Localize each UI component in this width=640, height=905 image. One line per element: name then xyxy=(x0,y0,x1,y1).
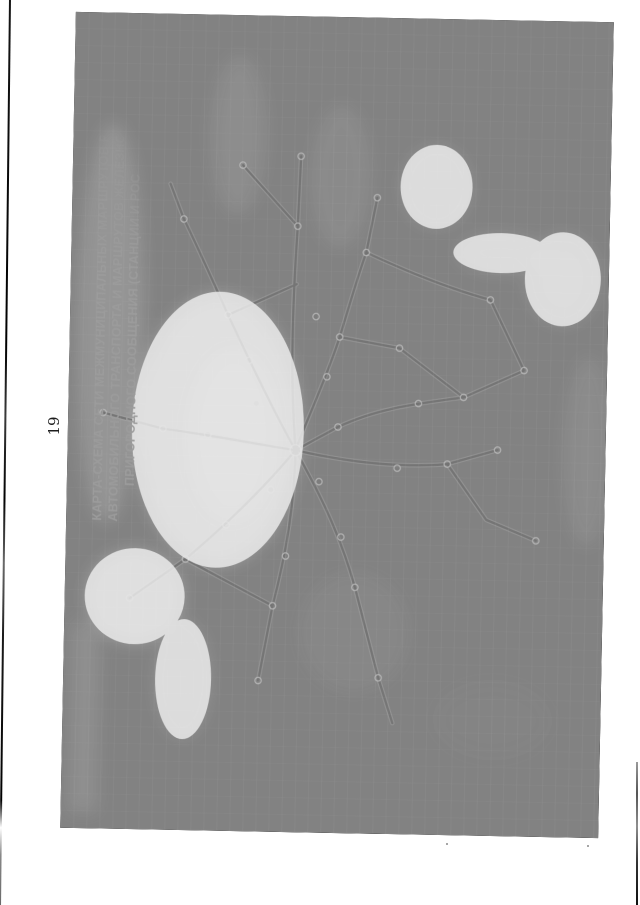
page-border-left xyxy=(0,0,11,905)
map-title: КАРТА-СХЕМА СЕТИ МЕЖМУНИЦИПАЛЬНЫХ МАРШРУ… xyxy=(90,135,143,522)
scan-noise-layer xyxy=(60,12,614,838)
scanned-page: 19 xyxy=(0,0,640,905)
paper-speck xyxy=(446,843,448,845)
map-photo: КАРТА-СХЕМА СЕТИ МЕЖМУНИЦИПАЛЬНЫХ МАРШРУ… xyxy=(60,12,614,838)
map-image xyxy=(60,12,614,838)
page-number: 19 xyxy=(38,412,70,440)
page-border-right xyxy=(636,762,638,905)
paper-speck xyxy=(587,845,589,847)
